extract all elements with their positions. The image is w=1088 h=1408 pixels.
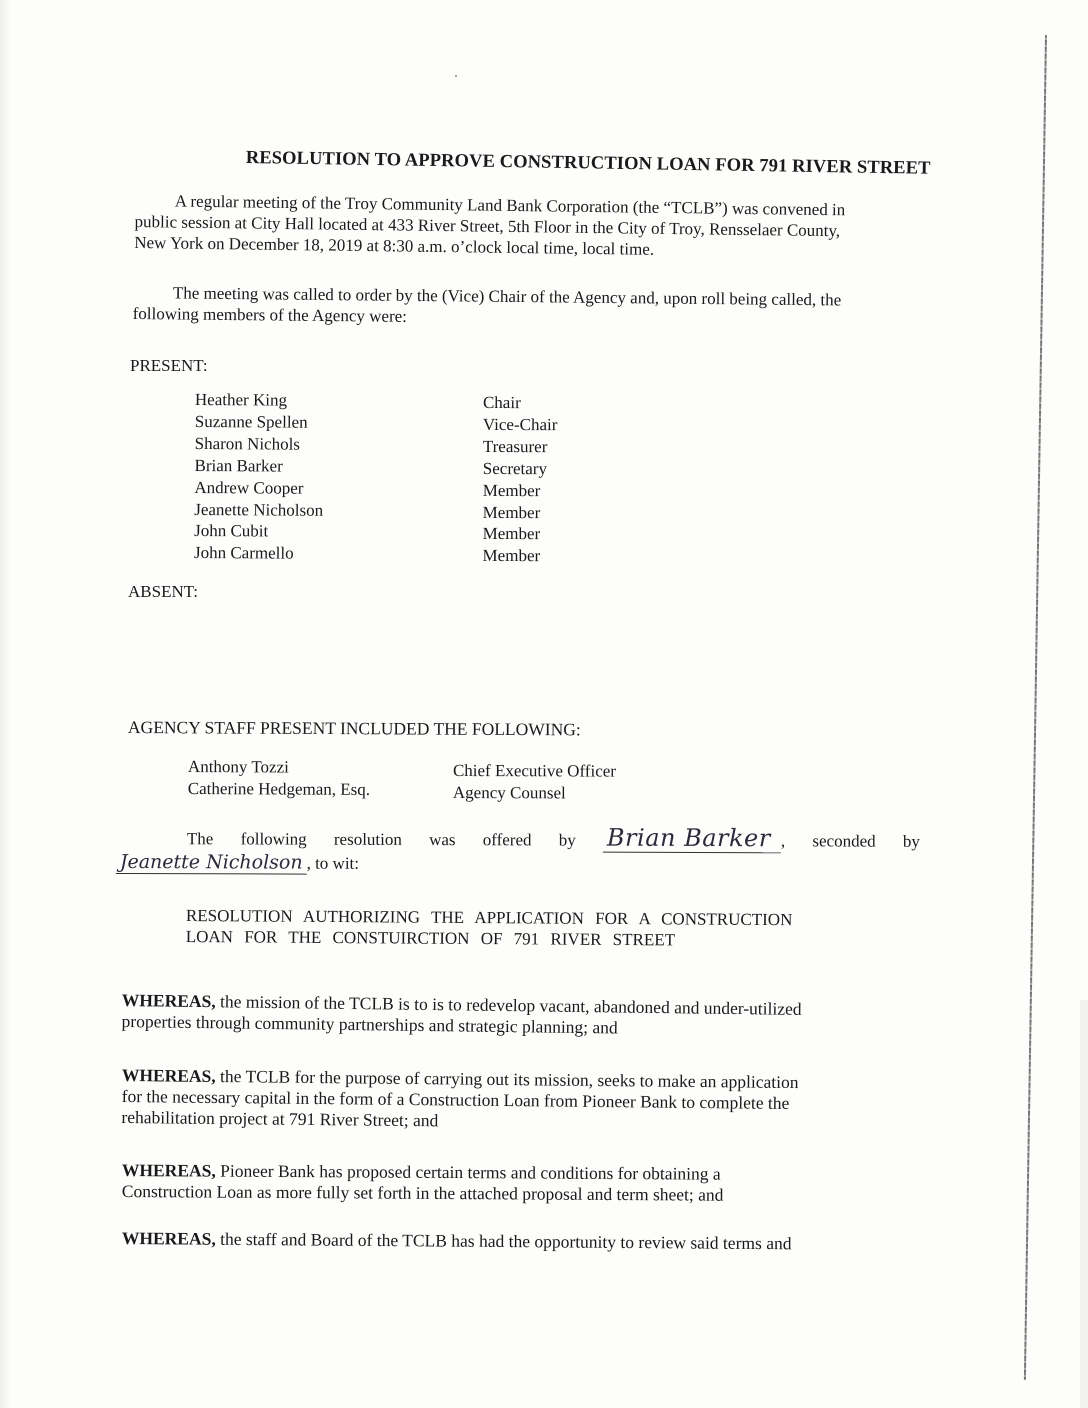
scan-edge-shadow-right <box>1080 1000 1088 1408</box>
member-role: Member <box>483 523 558 545</box>
staff-role: Chief Executive Officer <box>453 760 616 783</box>
member-role: Chair <box>483 392 558 414</box>
member-name: Sharon Nichols <box>195 433 324 456</box>
scan-artifact-line <box>1024 35 1047 1380</box>
present-member-names: Heather King Suzanne Spellen Sharon Nich… <box>194 389 324 565</box>
staff-role: Agency Counsel <box>453 782 616 805</box>
whereas-clause: WHEREAS, Pioneer Bank has proposed certa… <box>122 1160 724 1206</box>
resolution-heading: RESOLUTION AUTHORIZING THE APPLICATION F… <box>186 905 793 951</box>
resolution-offer-statement: The following resolution was offered by … <box>130 822 920 876</box>
present-label: PRESENT: <box>130 356 208 376</box>
whereas-keyword: WHEREAS, <box>122 1065 216 1086</box>
member-role: Treasurer <box>483 436 558 458</box>
offer-line: Jeanette Nicholson, to wit: <box>130 851 920 876</box>
member-role: Member <box>483 545 558 567</box>
member-role: Member <box>483 480 558 502</box>
document-title: RESOLUTION TO APPROVE CONSTRUCTION LOAN … <box>246 148 931 180</box>
member-role: Member <box>483 502 558 524</box>
member-name: John Cubit <box>194 520 323 543</box>
staff-roles: Chief Executive Officer Agency Counsel <box>453 760 616 805</box>
member-name: John Carmello <box>194 542 323 565</box>
member-role: Vice-Chair <box>483 414 558 436</box>
offer-line: The following resolution was offered by … <box>130 822 920 854</box>
whereas-keyword: WHEREAS, <box>122 990 216 1011</box>
scan-speck <box>455 75 457 77</box>
member-name: Andrew Cooper <box>194 477 323 500</box>
scanned-page: RESOLUTION TO APPROVE CONSTRUCTION LOAN … <box>0 0 1088 1408</box>
staff-names: Anthony Tozzi Catherine Hedgeman, Esq. <box>188 756 370 801</box>
member-name: Heather King <box>195 389 324 412</box>
member-name: Jeanette Nicholson <box>194 499 323 522</box>
staff-name: Catherine Hedgeman, Esq. <box>188 778 370 801</box>
whereas-clause: WHEREAS, the staff and Board of the TCLB… <box>122 1228 792 1254</box>
roll-call-paragraph: The meeting was called to order by the (… <box>133 282 842 331</box>
resolution-heading-line: LOAN FOR THE CONSTUIRCTION OF 791 RIVER … <box>186 926 793 951</box>
absent-label: ABSENT: <box>128 582 198 602</box>
whereas-keyword: WHEREAS, <box>122 1228 216 1249</box>
intro-paragraph: A regular meeting of the Troy Community … <box>134 190 845 262</box>
handwritten-seconded-by: Jeanette Nicholson <box>116 851 307 875</box>
staff-name: Anthony Tozzi <box>188 756 370 779</box>
whereas-keyword: WHEREAS, <box>122 1160 216 1181</box>
member-name: Suzanne Spellen <box>195 411 324 434</box>
scan-edge-shadow <box>0 0 10 1408</box>
whereas-clause: WHEREAS, the TCLB for the purpose of car… <box>121 1065 798 1135</box>
member-name: Brian Barker <box>194 455 323 478</box>
present-member-roles: Chair Vice-Chair Treasurer Secretary Mem… <box>483 392 558 567</box>
staff-heading: AGENCY STAFF PRESENT INCLUDED THE FOLLOW… <box>128 717 581 740</box>
whereas-clause: WHEREAS, the mission of the TCLB is to i… <box>121 990 801 1041</box>
handwritten-offered-by: Brian Barker <box>603 824 781 854</box>
member-role: Secretary <box>483 458 558 480</box>
